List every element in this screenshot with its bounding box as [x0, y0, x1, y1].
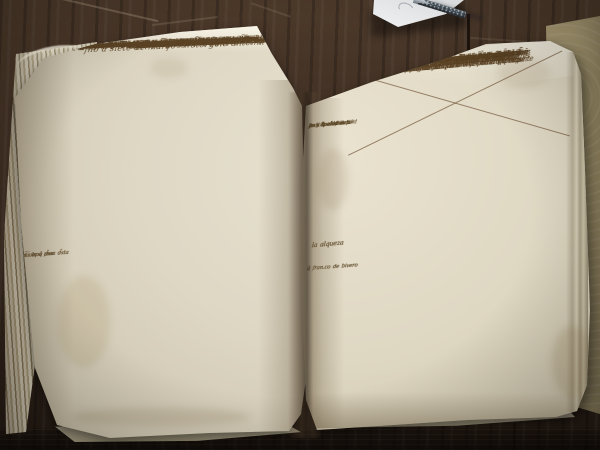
- photo-scene: C Albaçeas dxo q̃ nõbra por sus albaçeas…: [0, 0, 600, 450]
- photo-vignette: [0, 0, 600, 450]
